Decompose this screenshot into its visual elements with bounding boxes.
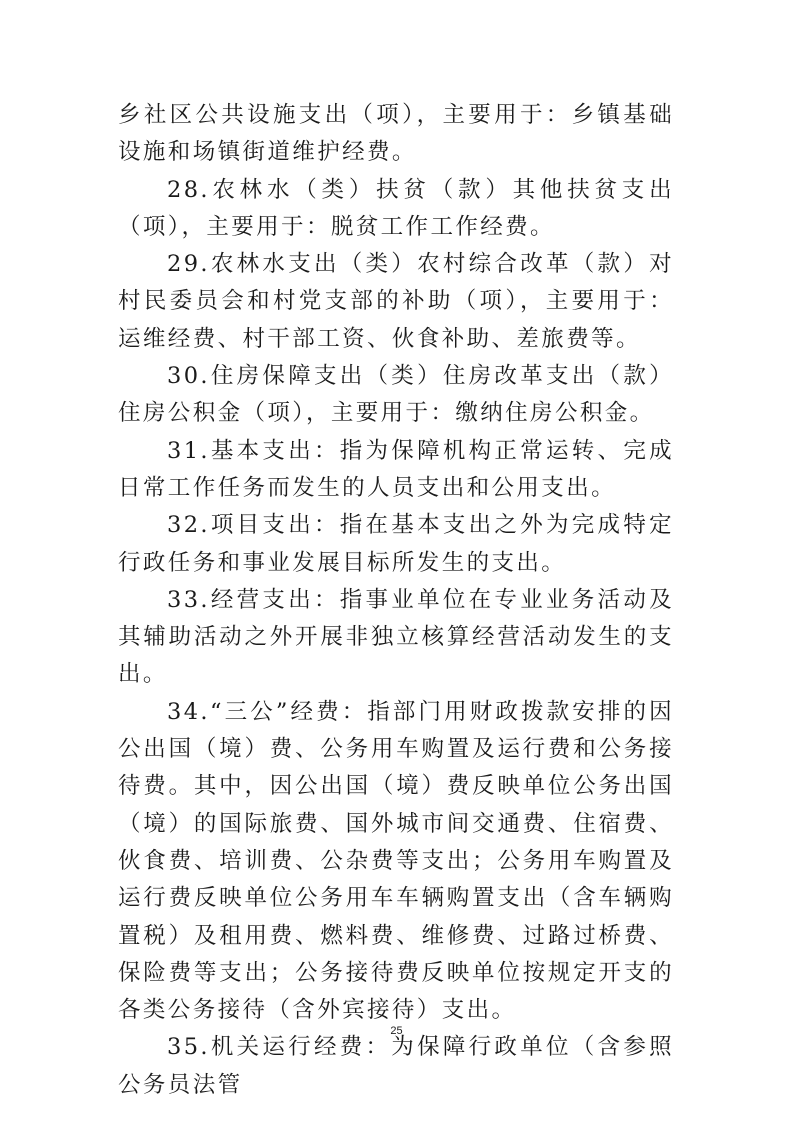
page-number: 25 <box>0 1025 793 1037</box>
paragraph-27-continued: 乡社区公共设施支出（项），主要用于：乡镇基础设施和场镇街道维护经费。 <box>118 97 674 172</box>
paragraph-35: 35.机关运行经费：为保障行政单位（含参照公务员法管 <box>118 1029 674 1104</box>
paragraph-29: 29.农林水支出（类）农村综合改革（款）对村民委员会和村党支部的补助（项），主要… <box>118 246 674 358</box>
paragraph-34: 34.“三公”经费：指部门用财政拨款安排的因公出国（境）费、公务用车购置及运行费… <box>118 694 674 1030</box>
document-body: 乡社区公共设施支出（项），主要用于：乡镇基础设施和场镇街道维护经费。 28.农林… <box>118 97 674 1104</box>
paragraph-33: 33.经营支出：指事业单位在专业业务活动及其辅助活动之外开展非独立核算经营活动发… <box>118 582 674 694</box>
paragraph-30: 30.住房保障支出（类）住房改革支出（款）住房公积金（项），主要用于：缴纳住房公… <box>118 358 674 433</box>
paragraph-31: 31.基本支出：指为保障机构正常运转、完成日常工作任务而发生的人员支出和公用支出… <box>118 433 674 508</box>
paragraph-32: 32.项目支出：指在基本支出之外为完成特定行政任务和事业发展目标所发生的支出。 <box>118 507 674 582</box>
paragraph-28: 28.农林水（类）扶贫（款）其他扶贫支出（项），主要用于：脱贫工作工作经费。 <box>118 172 674 247</box>
